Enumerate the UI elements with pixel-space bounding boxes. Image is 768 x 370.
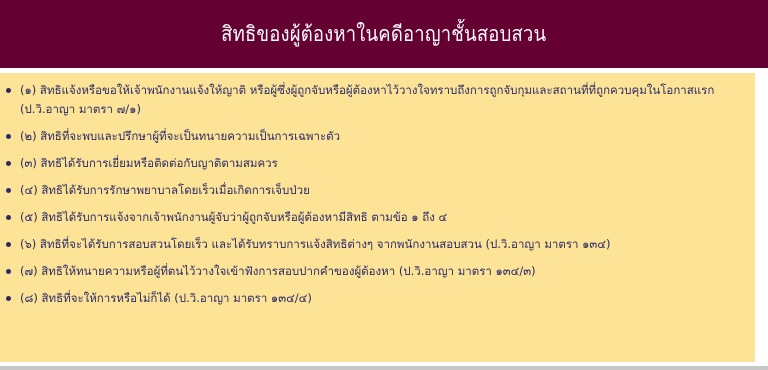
list-item-text: (๒) สิทธิที่จะพบและปรึกษาผู้ที่จะเป็นทนา…: [20, 129, 340, 143]
list-item-text: (๖) สิทธิที่จะได้รับการสอบสวนโดยเร็ว และ…: [20, 237, 610, 251]
list-item: (๑) สิทธิแจ้งหรือขอให้เจ้าพนักงานแจ้งให้…: [4, 81, 747, 119]
list-item-text: (๓) สิทธิได้รับการเยี่ยมหรือติดต่อกับญาต…: [20, 156, 278, 170]
bullet-icon: [6, 269, 11, 274]
list-item: (๕) สิทธิได้รับการแจ้งจากเจ้าพนักงานผู้จ…: [4, 208, 747, 227]
bullet-icon: [6, 242, 11, 247]
list-item-text: (๗) สิทธิให้ทนายความหรือผู้ที่ตนไว้วางใจ…: [20, 264, 536, 278]
list-item: (๓) สิทธิได้รับการเยี่ยมหรือติดต่อกับญาต…: [4, 154, 747, 173]
list-item-text: (๘) สิทธิที่จะให้การหรือไม่ก็ได้ (ป.วิ.อ…: [20, 291, 312, 305]
list-item: (๔) สิทธิได้รับการรักษาพยาบาลโดยเร็วเมื่…: [4, 181, 747, 200]
bullet-icon: [6, 134, 11, 139]
list-item-text: (๑) สิทธิแจ้งหรือขอให้เจ้าพนักงานแจ้งให้…: [20, 83, 714, 116]
bullet-icon: [6, 88, 11, 93]
bottom-divider: [0, 366, 768, 370]
bullet-icon: [6, 161, 11, 166]
page-header: สิทธิของผู้ต้องหาในคดีอาญาชั้นสอบสวน: [0, 0, 768, 68]
bullet-icon: [6, 296, 11, 301]
list-item-text: (๔) สิทธิได้รับการรักษาพยาบาลโดยเร็วเมื่…: [20, 183, 310, 197]
rights-panel: (๑) สิทธิแจ้งหรือขอให้เจ้าพนักงานแจ้งให้…: [0, 73, 755, 362]
page-title: สิทธิของผู้ต้องหาในคดีอาญาชั้นสอบสวน: [221, 18, 546, 51]
bullet-icon: [6, 215, 11, 220]
list-item-text: (๕) สิทธิได้รับการแจ้งจากเจ้าพนักงานผู้จ…: [20, 210, 447, 224]
list-item: (๒) สิทธิที่จะพบและปรึกษาผู้ที่จะเป็นทนา…: [4, 127, 747, 146]
list-item: (๘) สิทธิที่จะให้การหรือไม่ก็ได้ (ป.วิ.อ…: [4, 289, 747, 308]
bullet-icon: [6, 188, 11, 193]
list-item: (๗) สิทธิให้ทนายความหรือผู้ที่ตนไว้วางใจ…: [4, 262, 747, 281]
list-item: (๖) สิทธิที่จะได้รับการสอบสวนโดยเร็ว และ…: [4, 235, 747, 254]
rights-list: (๑) สิทธิแจ้งหรือขอให้เจ้าพนักงานแจ้งให้…: [4, 81, 747, 308]
